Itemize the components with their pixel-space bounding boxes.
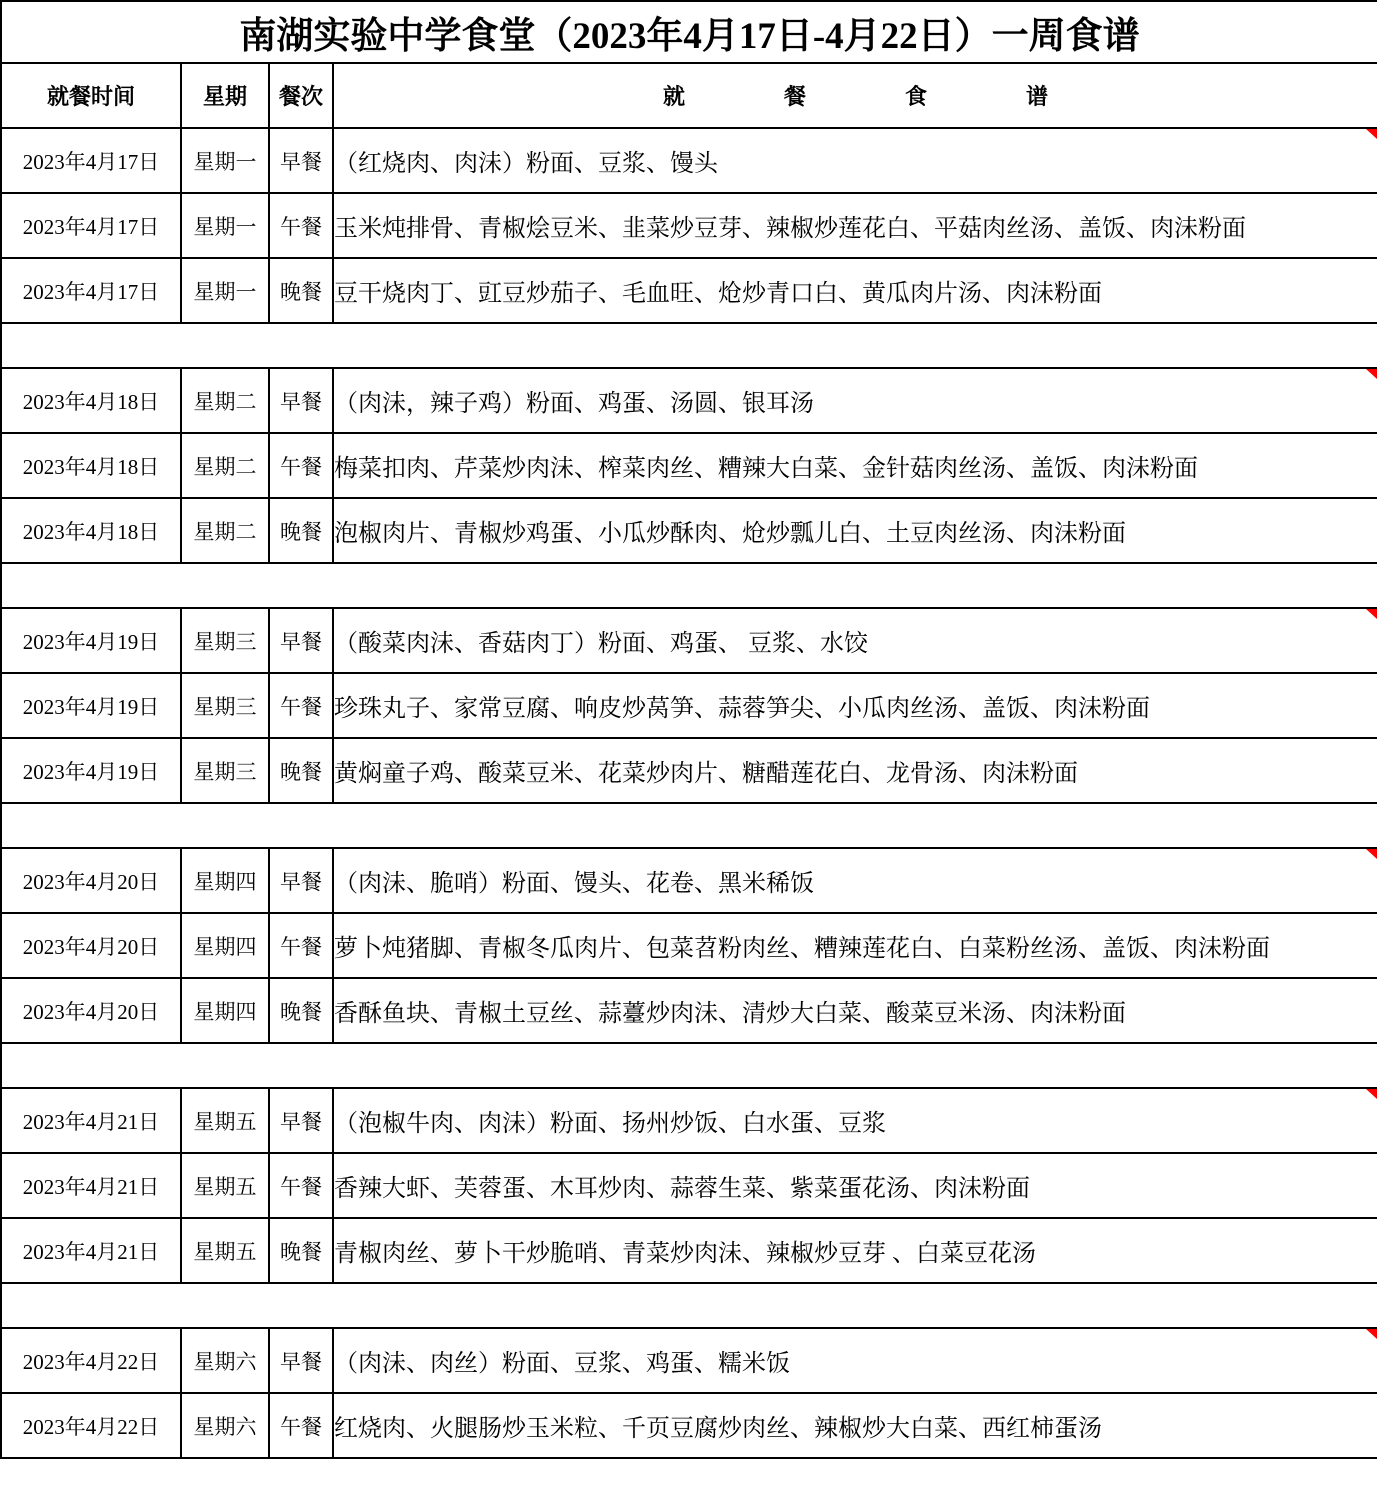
meal-cell: 早餐 [269, 128, 333, 193]
menu-cell: 豆干烧肉丁、豇豆炒茄子、毛血旺、炝炒青口白、黄瓜肉片汤、肉沬粉面 [333, 258, 1377, 323]
date-cell: 2023年4月18日 [1, 433, 181, 498]
menu-cell: 玉米炖排骨、青椒烩豆米、韭菜炒豆芽、辣椒炒莲花白、平菇肉丝汤、盖饭、肉沬粉面 [333, 193, 1377, 258]
date-cell: 2023年4月19日 [1, 738, 181, 803]
menu-text: 梅菜扣肉、芹菜炒肉沬、榨菜肉丝、糟辣大白菜、金针菇肉丝汤、盖饭、肉沬粉面 [334, 456, 1198, 482]
meal-cell: 早餐 [269, 368, 333, 433]
menu-cell: 萝卜炖猪脚、青椒冬瓜肉片、包菜苕粉肉丝、糟辣莲花白、白菜粉丝汤、盖饭、肉沬粉面 [333, 913, 1377, 978]
menu-cell: 泡椒肉片、青椒炒鸡蛋、小瓜炒酥肉、炝炒瓢儿白、土豆肉丝汤、肉沬粉面 [333, 498, 1377, 563]
date-cell: 2023年4月17日 [1, 258, 181, 323]
menu-table-row: 2023年4月19日 星期三 早餐 （酸菜肉沬、香菇肉丁）粉面、鸡蛋、 豆浆、水… [1, 608, 1377, 673]
meal-cell: 晚餐 [269, 738, 333, 803]
weekday-cell: 星期四 [181, 913, 269, 978]
meal-cell: 午餐 [269, 193, 333, 258]
menu-cell: 香酥鱼块、青椒土豆丝、蒜薹炒肉沬、清炒大白菜、酸菜豆米汤、肉沬粉面 [333, 978, 1377, 1043]
spacer-row [1, 323, 1377, 368]
col-header-meal: 餐次 [269, 63, 333, 128]
menu-table-row: 2023年4月17日 星期一 早餐 （红烧肉、肉沬）粉面、豆浆、馒头 [1, 128, 1377, 193]
weekday-cell: 星期一 [181, 258, 269, 323]
menu-cell: 珍珠丸子、家常豆腐、响皮炒莴笋、蒜蓉笋尖、小瓜肉丝汤、盖饭、肉沬粉面 [333, 673, 1377, 738]
date-cell: 2023年4月19日 [1, 673, 181, 738]
weekday-cell: 星期四 [181, 978, 269, 1043]
spacer-row [1, 803, 1377, 848]
menu-cell: （酸菜肉沬、香菇肉丁）粉面、鸡蛋、 豆浆、水饺 [333, 608, 1377, 673]
spacer-row [1, 1283, 1377, 1328]
meal-cell: 午餐 [269, 913, 333, 978]
comment-marker-icon [1366, 369, 1377, 379]
date-cell: 2023年4月22日 [1, 1328, 181, 1393]
menu-table-row: 2023年4月21日 星期五 晚餐 青椒肉丝、萝卜干炒脆哨、青菜炒肉沬、辣椒炒豆… [1, 1218, 1377, 1283]
weekday-cell: 星期三 [181, 673, 269, 738]
date-cell: 2023年4月20日 [1, 848, 181, 913]
weekday-cell: 星期三 [181, 608, 269, 673]
weekday-cell: 星期五 [181, 1218, 269, 1283]
spacer-cell [1, 1043, 1377, 1088]
menu-cell: 黄焖童子鸡、酸菜豆米、花菜炒肉片、糖醋莲花白、龙骨汤、肉沬粉面 [333, 738, 1377, 803]
meal-cell: 午餐 [269, 1153, 333, 1218]
spacer-cell [1, 323, 1377, 368]
menu-text: 珍珠丸子、家常豆腐、响皮炒莴笋、蒜蓉笋尖、小瓜肉丝汤、盖饭、肉沬粉面 [334, 696, 1150, 722]
weekday-cell: 星期四 [181, 848, 269, 913]
menu-table-row: 2023年4月21日 星期五 午餐 香辣大虾、芙蓉蛋、木耳炒肉、蒜蓉生菜、紫菜蛋… [1, 1153, 1377, 1218]
menu-table-body: 2023年4月17日 星期一 早餐 （红烧肉、肉沬）粉面、豆浆、馒头 2023年… [1, 128, 1377, 1458]
menu-text: （酸菜肉沬、香菇肉丁）粉面、鸡蛋、 豆浆、水饺 [334, 631, 868, 657]
menu-text: 香辣大虾、芙蓉蛋、木耳炒肉、蒜蓉生菜、紫菜蛋花汤、肉沬粉面 [334, 1176, 1030, 1202]
menu-text: 青椒肉丝、萝卜干炒脆哨、青菜炒肉沬、辣椒炒豆芽 、白菜豆花汤 [334, 1241, 1036, 1267]
meal-cell: 午餐 [269, 673, 333, 738]
menu-table-row: 2023年4月18日 星期二 早餐 （肉沬，辣子鸡）粉面、鸡蛋、汤圆、银耳汤 [1, 368, 1377, 433]
weekday-cell: 星期一 [181, 128, 269, 193]
menu-text: 黄焖童子鸡、酸菜豆米、花菜炒肉片、糖醋莲花白、龙骨汤、肉沬粉面 [334, 761, 1078, 787]
header-row: 就餐时间 星期 餐次 就餐食谱 [1, 63, 1377, 128]
comment-marker-icon [1366, 1089, 1377, 1099]
menu-cell: （泡椒牛肉、肉沬）粉面、扬州炒饭、白水蛋、豆浆 [333, 1088, 1377, 1153]
date-cell: 2023年4月20日 [1, 978, 181, 1043]
menu-cell: （肉沬、脆哨）粉面、馒头、花卷、黑米稀饭 [333, 848, 1377, 913]
menu-text: （肉沬、肉丝）粉面、豆浆、鸡蛋、糯米饭 [334, 1351, 790, 1377]
spacer-cell [1, 563, 1377, 608]
comment-marker-icon [1366, 1329, 1377, 1339]
menu-table-row: 2023年4月18日 星期二 晚餐 泡椒肉片、青椒炒鸡蛋、小瓜炒酥肉、炝炒瓢儿白… [1, 498, 1377, 563]
menu-table-row: 2023年4月19日 星期三 晚餐 黄焖童子鸡、酸菜豆米、花菜炒肉片、糖醋莲花白… [1, 738, 1377, 803]
menu-text: 玉米炖排骨、青椒烩豆米、韭菜炒豆芽、辣椒炒莲花白、平菇肉丝汤、盖饭、肉沬粉面 [334, 216, 1246, 242]
spacer-row [1, 563, 1377, 608]
date-cell: 2023年4月21日 [1, 1218, 181, 1283]
date-cell: 2023年4月21日 [1, 1088, 181, 1153]
meal-cell: 晚餐 [269, 258, 333, 323]
menu-text: （肉沬、脆哨）粉面、馒头、花卷、黑米稀饭 [334, 871, 814, 897]
col-header-weekday: 星期 [181, 63, 269, 128]
meal-cell: 午餐 [269, 1393, 333, 1458]
weekday-cell: 星期一 [181, 193, 269, 258]
menu-text: 泡椒肉片、青椒炒鸡蛋、小瓜炒酥肉、炝炒瓢儿白、土豆肉丝汤、肉沬粉面 [334, 521, 1126, 547]
menu-text: 红烧肉、火腿肠炒玉米粒、千页豆腐炒肉丝、辣椒炒大白菜、西红柿蛋汤 [334, 1416, 1102, 1442]
col-header-menu-label: 就餐食谱 [564, 80, 1147, 111]
menu-table-row: 2023年4月17日 星期一 午餐 玉米炖排骨、青椒烩豆米、韭菜炒豆芽、辣椒炒莲… [1, 193, 1377, 258]
weekday-cell: 星期五 [181, 1088, 269, 1153]
meal-cell: 早餐 [269, 848, 333, 913]
menu-cell: （肉沬、肉丝）粉面、豆浆、鸡蛋、糯米饭 [333, 1328, 1377, 1393]
weekday-cell: 星期二 [181, 433, 269, 498]
weekday-cell: 星期六 [181, 1328, 269, 1393]
menu-table-row: 2023年4月21日 星期五 早餐 （泡椒牛肉、肉沬）粉面、扬州炒饭、白水蛋、豆… [1, 1088, 1377, 1153]
spacer-cell [1, 803, 1377, 848]
menu-table-row: 2023年4月20日 星期四 晚餐 香酥鱼块、青椒土豆丝、蒜薹炒肉沬、清炒大白菜… [1, 978, 1377, 1043]
menu-table-row: 2023年4月18日 星期二 午餐 梅菜扣肉、芹菜炒肉沬、榨菜肉丝、糟辣大白菜、… [1, 433, 1377, 498]
menu-text: 萝卜炖猪脚、青椒冬瓜肉片、包菜苕粉肉丝、糟辣莲花白、白菜粉丝汤、盖饭、肉沬粉面 [334, 936, 1270, 962]
meal-cell: 晚餐 [269, 498, 333, 563]
date-cell: 2023年4月21日 [1, 1153, 181, 1218]
date-cell: 2023年4月17日 [1, 193, 181, 258]
meal-cell: 早餐 [269, 608, 333, 673]
menu-cell: （肉沬，辣子鸡）粉面、鸡蛋、汤圆、银耳汤 [333, 368, 1377, 433]
meal-cell: 晚餐 [269, 978, 333, 1043]
meal-cell: 午餐 [269, 433, 333, 498]
comment-marker-icon [1366, 609, 1377, 619]
menu-table-row: 2023年4月17日 星期一 晚餐 豆干烧肉丁、豇豆炒茄子、毛血旺、炝炒青口白、… [1, 258, 1377, 323]
menu-text: 香酥鱼块、青椒土豆丝、蒜薹炒肉沬、清炒大白菜、酸菜豆米汤、肉沬粉面 [334, 1001, 1126, 1027]
menu-cell: 青椒肉丝、萝卜干炒脆哨、青菜炒肉沬、辣椒炒豆芽 、白菜豆花汤 [333, 1218, 1377, 1283]
menu-cell: 梅菜扣肉、芹菜炒肉沬、榨菜肉丝、糟辣大白菜、金针菇肉丝汤、盖饭、肉沬粉面 [333, 433, 1377, 498]
meal-cell: 晚餐 [269, 1218, 333, 1283]
weekday-cell: 星期三 [181, 738, 269, 803]
meal-cell: 早餐 [269, 1088, 333, 1153]
menu-text: （红烧肉、肉沬）粉面、豆浆、馒头 [334, 151, 718, 177]
menu-cell: 香辣大虾、芙蓉蛋、木耳炒肉、蒜蓉生菜、紫菜蛋花汤、肉沬粉面 [333, 1153, 1377, 1218]
date-cell: 2023年4月19日 [1, 608, 181, 673]
date-cell: 2023年4月22日 [1, 1393, 181, 1458]
spacer-row [1, 1043, 1377, 1088]
menu-table-row: 2023年4月19日 星期三 午餐 珍珠丸子、家常豆腐、响皮炒莴笋、蒜蓉笋尖、小… [1, 673, 1377, 738]
menu-table-row: 2023年4月20日 星期四 早餐 （肉沬、脆哨）粉面、馒头、花卷、黑米稀饭 [1, 848, 1377, 913]
menu-text: （肉沬，辣子鸡）粉面、鸡蛋、汤圆、银耳汤 [334, 391, 814, 417]
weekday-cell: 星期五 [181, 1153, 269, 1218]
menu-cell: 红烧肉、火腿肠炒玉米粒、千页豆腐炒肉丝、辣椒炒大白菜、西红柿蛋汤 [333, 1393, 1377, 1458]
date-cell: 2023年4月18日 [1, 368, 181, 433]
date-cell: 2023年4月18日 [1, 498, 181, 563]
menu-table-row: 2023年4月22日 星期六 午餐 红烧肉、火腿肠炒玉米粒、千页豆腐炒肉丝、辣椒… [1, 1393, 1377, 1458]
weekday-cell: 星期二 [181, 498, 269, 563]
menu-table-row: 2023年4月22日 星期六 早餐 （肉沬、肉丝）粉面、豆浆、鸡蛋、糯米饭 [1, 1328, 1377, 1393]
page-title: 南湖实验中学食堂（2023年4月17日-4月22日）一周食谱 [1, 1, 1377, 63]
col-header-time: 就餐时间 [1, 63, 181, 128]
menu-cell: （红烧肉、肉沬）粉面、豆浆、馒头 [333, 128, 1377, 193]
comment-marker-icon [1366, 849, 1377, 859]
weekday-cell: 星期六 [181, 1393, 269, 1458]
title-row: 南湖实验中学食堂（2023年4月17日-4月22日）一周食谱 [1, 1, 1377, 63]
weekday-cell: 星期二 [181, 368, 269, 433]
menu-table-row: 2023年4月20日 星期四 午餐 萝卜炖猪脚、青椒冬瓜肉片、包菜苕粉肉丝、糟辣… [1, 913, 1377, 978]
meal-cell: 早餐 [269, 1328, 333, 1393]
spacer-cell [1, 1283, 1377, 1328]
comment-marker-icon [1366, 129, 1377, 139]
col-header-menu: 就餐食谱 [333, 63, 1377, 128]
menu-text: （泡椒牛肉、肉沬）粉面、扬州炒饭、白水蛋、豆浆 [334, 1111, 886, 1137]
weekly-menu-table: 南湖实验中学食堂（2023年4月17日-4月22日）一周食谱 就餐时间 星期 餐… [0, 0, 1377, 1459]
date-cell: 2023年4月20日 [1, 913, 181, 978]
menu-text: 豆干烧肉丁、豇豆炒茄子、毛血旺、炝炒青口白、黄瓜肉片汤、肉沬粉面 [334, 281, 1102, 307]
date-cell: 2023年4月17日 [1, 128, 181, 193]
